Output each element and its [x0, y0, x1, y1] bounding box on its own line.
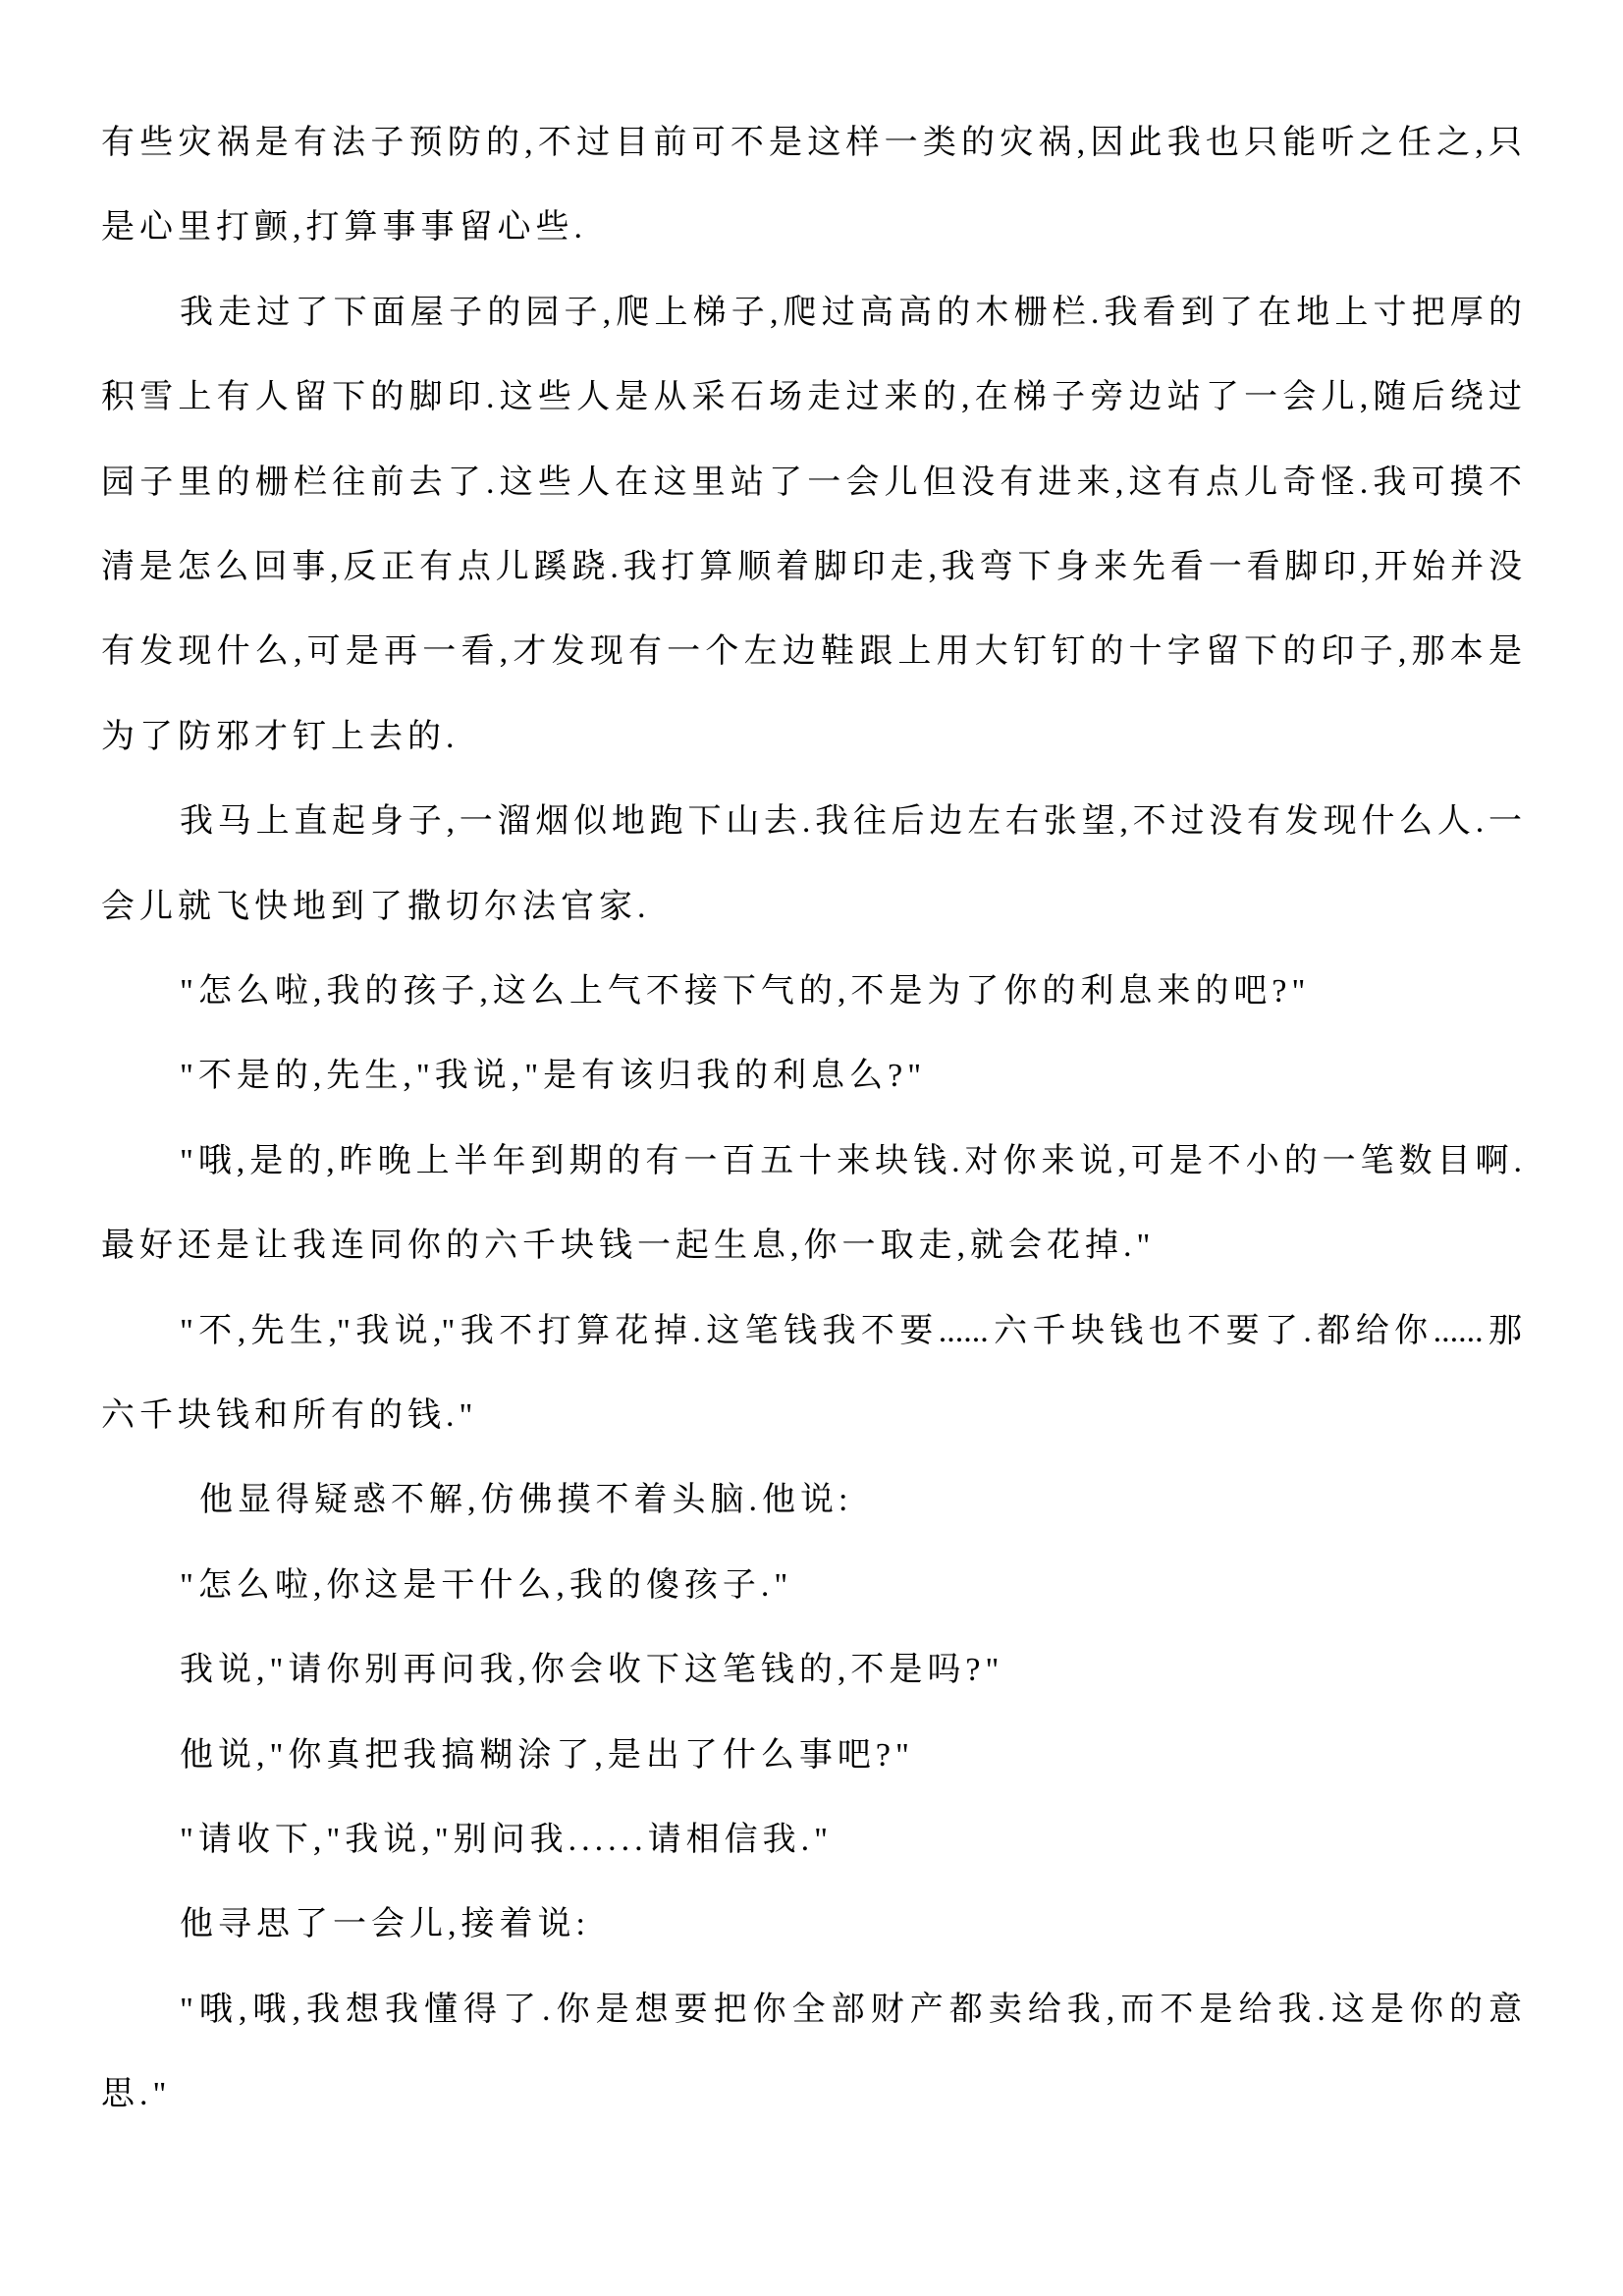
text-line: 我马上直起身子,一溜烟似地跑下山去.我往后边左右张望,不过没有发现什么人.一	[180, 800, 1522, 844]
text-line: 积雪上有人留下的脚印.这些人是从采石场走过来的,在梯子旁边站了一会儿,随后绕过	[101, 376, 1522, 419]
text-line: 他显得疑惑不解,仿佛摸不着头脑.他说:	[199, 1479, 1522, 1522]
text-line: "请收下,"我说,"别问我......请相信我."	[180, 1819, 1522, 1862]
text-line: "不是的,先生,"我说,"是有该归我的利息么?"	[180, 1055, 1522, 1098]
text-line: "哦,是的,昨晚上半年到期的有一百五十来块钱.对你来说,可是不小的一笔数目啊.	[180, 1140, 1522, 1183]
text-line: 我说,"请你别再问我,你会收下这笔钱的,不是吗?"	[180, 1649, 1522, 1692]
text-line: 有些灾祸是有法子预防的,不过目前可不是这样一类的灾祸,因此我也只能听之任之,只	[101, 122, 1522, 165]
text-line: 我走过了下面屋子的园子,爬上梯子,爬过高高的木栅栏.我看到了在地上寸把厚的	[180, 292, 1522, 335]
text-line: "怎么啦,你这是干什么,我的傻孩子."	[180, 1564, 1522, 1608]
text-line: 最好还是让我连同你的六千块钱一起生息,你一取走,就会花掉."	[101, 1225, 1522, 1268]
text-line: 园子里的栅栏往前去了.这些人在这里站了一会儿但没有进来,这有点儿奇怪.我可摸不	[101, 462, 1522, 505]
text-line: 思."	[101, 2073, 1522, 2116]
text-line: 六千块钱和所有的钱."	[101, 1394, 1522, 1438]
text-line: 为了防邪才钉上去的.	[101, 716, 1522, 759]
document-page: 有些灾祸是有法子预防的,不过目前可不是这样一类的灾祸,因此我也只能听之任之,只 …	[0, 0, 1623, 2296]
text-line: "不,先生,"我说,"我不打算花掉.这笔钱我不要......六千块钱也不要了.都…	[180, 1310, 1522, 1353]
text-line: 他寻思了一会儿,接着说:	[180, 1903, 1522, 1946]
text-line: 清是怎么回事,反正有点儿蹊跷.我打算顺着脚印走,我弯下身来先看一看脚印,开始并没	[101, 546, 1522, 589]
text-line: 是心里打颤,打算事事留心些.	[101, 206, 1522, 249]
text-line: "哦,哦,我想我懂得了.你是想要把你全部财产都卖给我,而不是给我.这是你的意	[180, 1989, 1522, 2032]
text-line: 他说,"你真把我搞糊涂了,是出了什么事吧?"	[180, 1734, 1522, 1777]
text-line: 有发现什么,可是再一看,才发现有一个左边鞋跟上用大钉钉的十字留下的印子,那本是	[101, 630, 1522, 674]
text-line: "怎么啦,我的孩子,这么上气不接下气的,不是为了你的利息来的吧?"	[180, 970, 1522, 1013]
text-line: 会儿就飞快地到了撒切尔法官家.	[101, 886, 1522, 929]
